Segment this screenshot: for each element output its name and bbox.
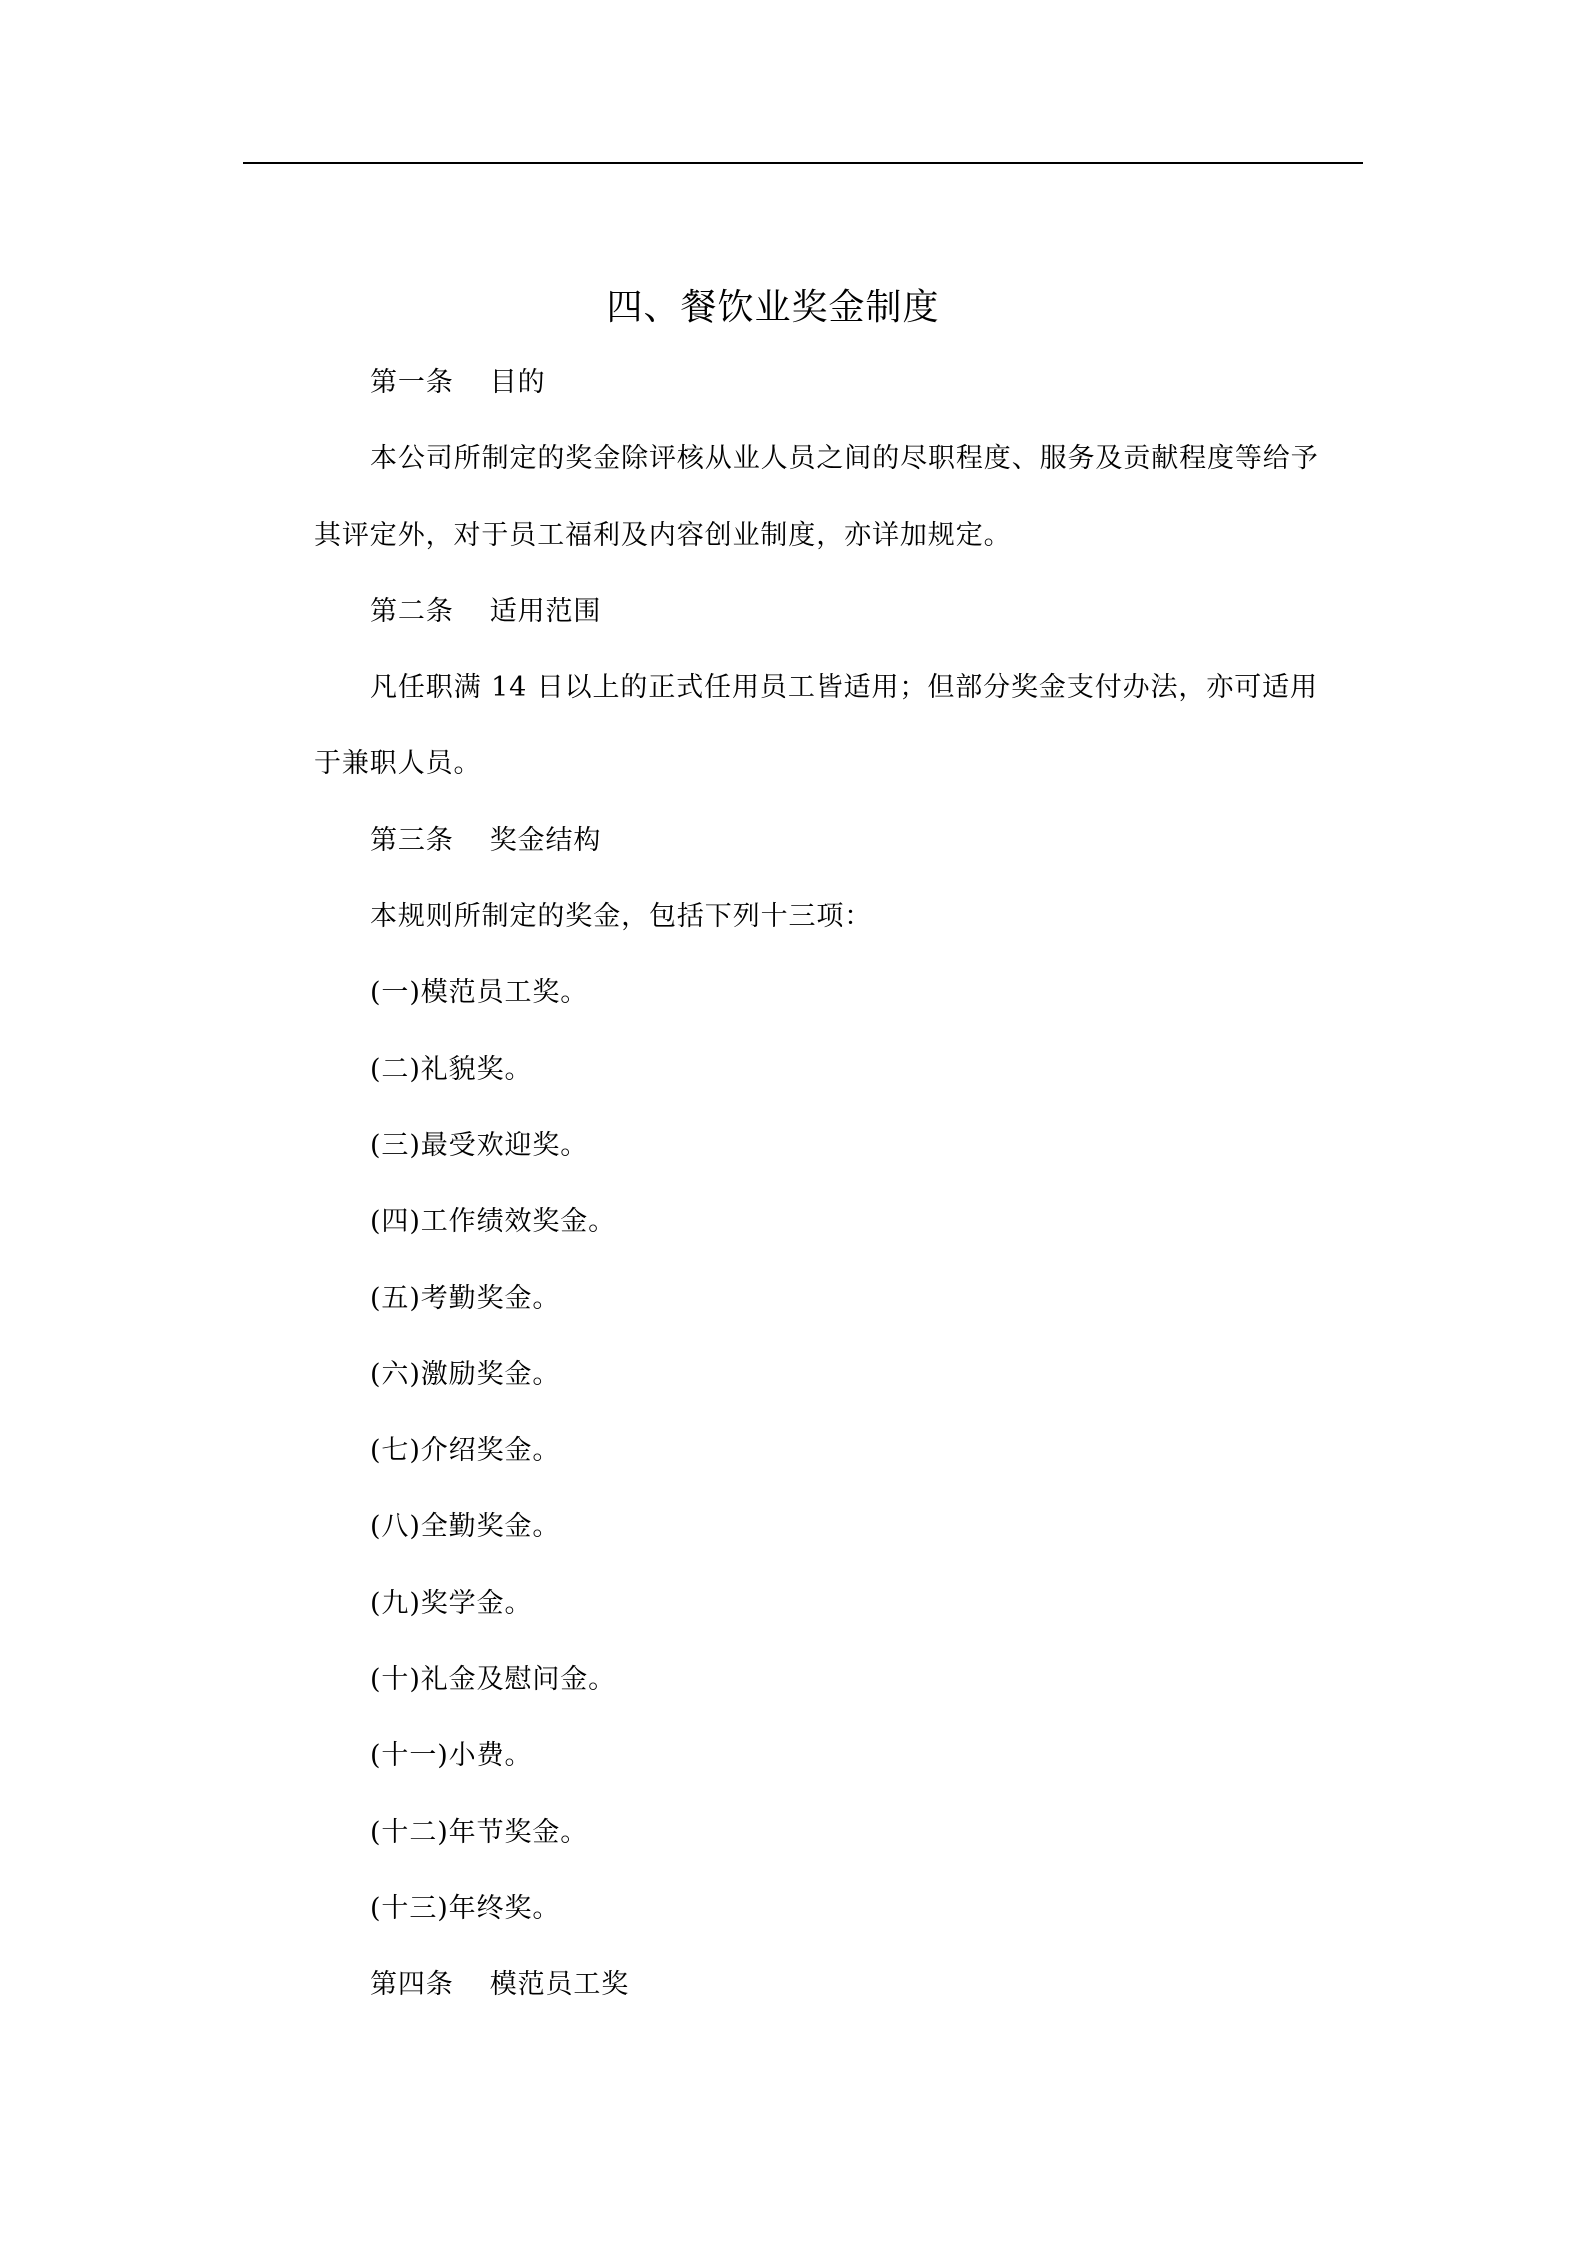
article-number: 第一条 [370,367,454,398]
list-item: (一)模范员工奖。 [314,955,1324,1031]
list-item: (四)工作绩效奖金。 [314,1184,1324,1260]
article-title: 奖金结构 [490,825,602,856]
paragraph: 本规则所制定的奖金，包括下列十三项： [314,879,1324,955]
header-rule [243,162,1363,164]
list-item: (十三)年终奖。 [314,1871,1324,1947]
article-title: 模范员工奖 [490,1969,630,2000]
article-number: 第四条 [370,1969,454,2000]
list-item: (七)介绍奖金。 [314,1413,1324,1489]
article-heading-2: 第二条适用范围 [314,574,1324,650]
article-heading-3: 第三条奖金结构 [314,803,1324,879]
article-title: 适用范围 [490,596,602,627]
article-number: 第三条 [370,825,454,856]
list-item: (二)礼貌奖。 [314,1032,1324,1108]
list-item: (十)礼金及慰问金。 [314,1642,1324,1718]
list-item: (六)激励奖金。 [314,1337,1324,1413]
article-number: 第二条 [370,596,454,627]
list-item: (八)全勤奖金。 [314,1489,1324,1565]
list-item: (十一)小费。 [314,1718,1324,1794]
list-item: (九)奖学金。 [314,1566,1324,1642]
paragraph: 凡任职满 14 日以上的正式任用员工皆适用；但部分奖金支付办法，亦可适用于兼职人… [314,650,1324,803]
list-item: (十二)年节奖金。 [314,1795,1324,1871]
article-heading-1: 第一条目的 [314,345,1324,421]
paragraph: 本公司所制定的奖金除评核从业人员之间的尽职程度、服务及贡献程度等给予其评定外，对… [314,421,1324,574]
list-item: (五)考勤奖金。 [314,1261,1324,1337]
list-item: (三)最受欢迎奖。 [314,1108,1324,1184]
article-title: 目的 [490,367,546,398]
article-heading-4: 第四条模范员工奖 [314,1947,1324,2023]
document-title: 四、餐饮业奖金制度 [243,284,1363,332]
document-body: 第一条目的 本公司所制定的奖金除评核从业人员之间的尽职程度、服务及贡献程度等给予… [314,345,1324,2024]
